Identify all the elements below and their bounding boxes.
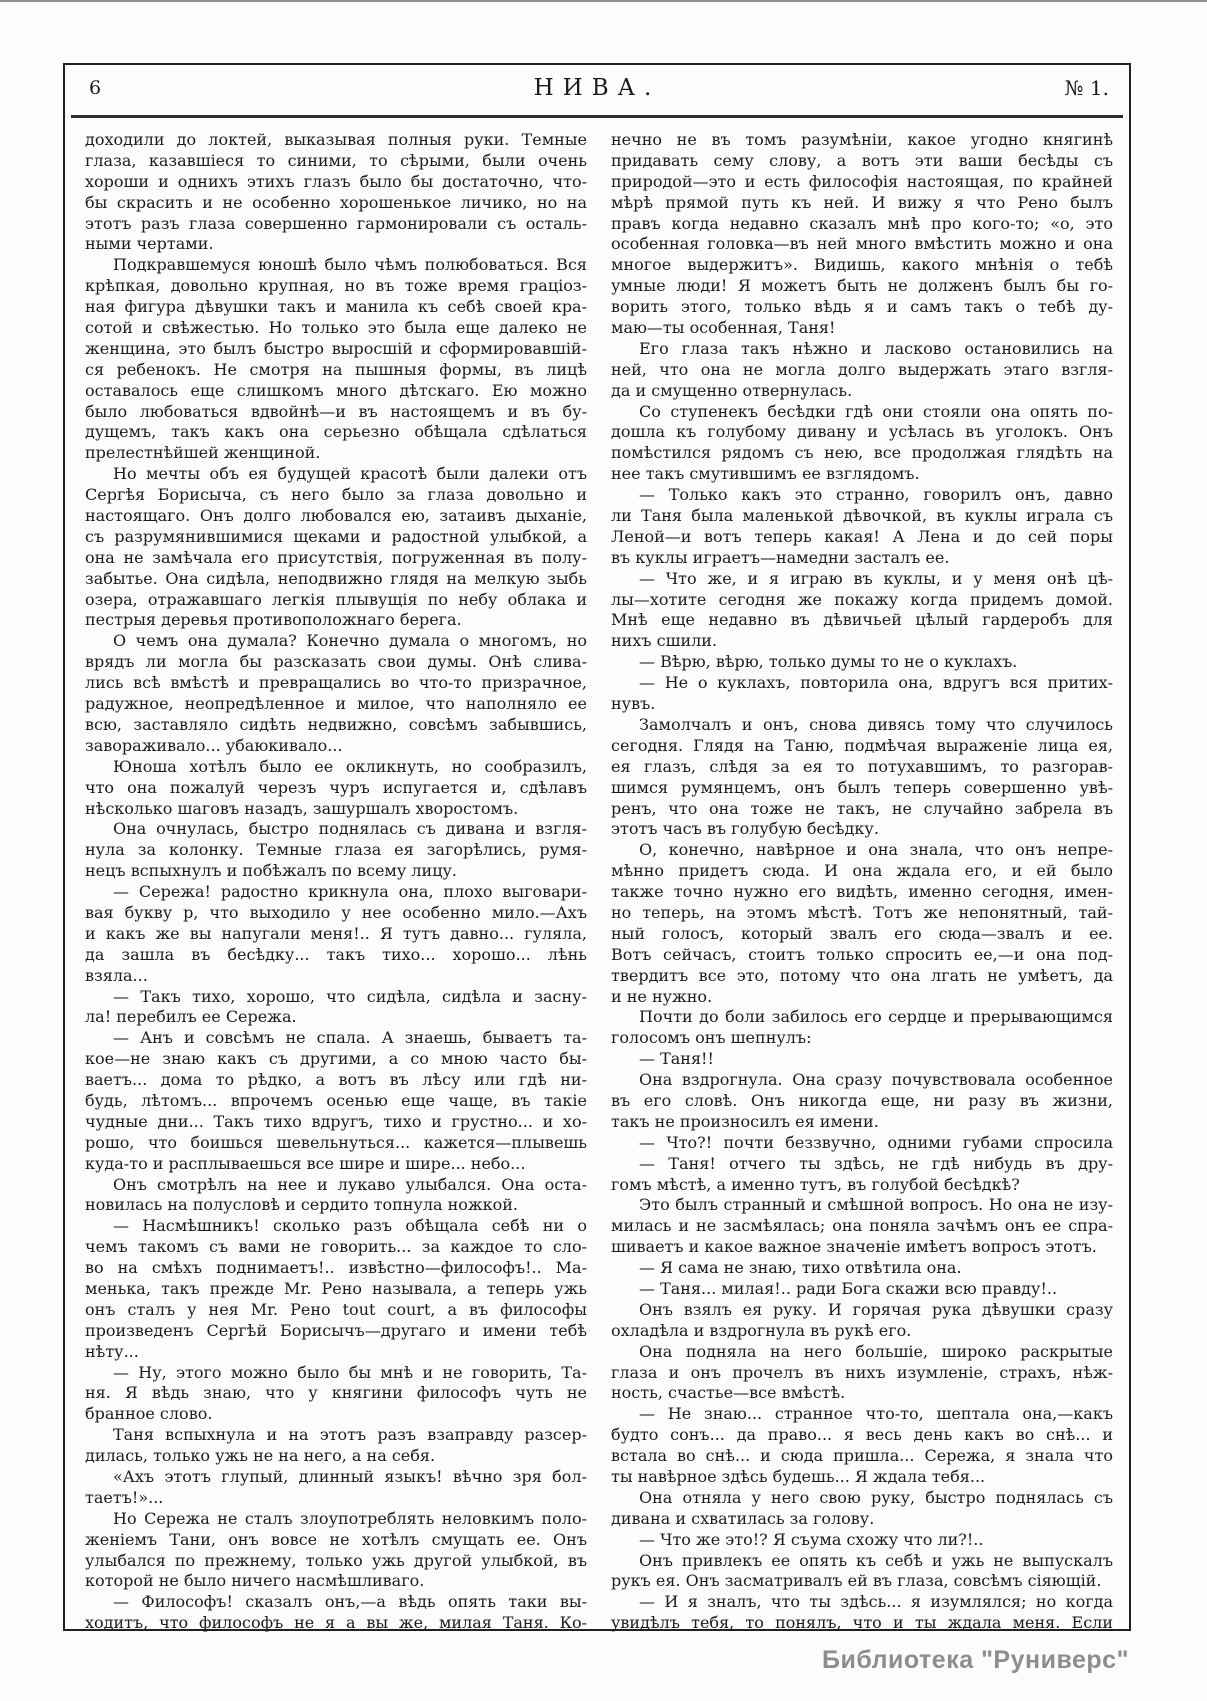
text-line: придавать сему слову, а вотъ эти ваши бе… [611, 151, 1113, 172]
text-line: съ разрумянившимися щеками и радостной у… [85, 527, 587, 548]
text-line: — Только какъ это странно, говорилъ онъ,… [611, 485, 1113, 506]
text-line: менька, такъ прежде Mr. Рено называла, а… [85, 1279, 587, 1300]
text-line: нѣту... [85, 1342, 587, 1363]
text-line: сегодня. Глядя на Таню, подмѣчая выражен… [611, 736, 1113, 757]
text-line: правъ когда недавно сказалъ мнѣ про кого… [611, 214, 1113, 235]
scan-top-edge [0, 0, 1207, 2]
text-line: онъ сталъ у нея Mr. Рено tout court, а в… [85, 1300, 587, 1321]
text-line: маю—ты особенная, Таня! [611, 318, 1113, 339]
text-line: чемъ такомъ съ вами не говорить... за ка… [85, 1237, 587, 1258]
text-line: нувъ. [611, 694, 1113, 715]
text-line: въ его словѣ. Онъ никогда еще, ни разу в… [611, 1091, 1113, 1112]
text-line: — Не знаю... странное что-то, шептала он… [611, 1404, 1113, 1425]
text-line: нихъ сшили. [611, 631, 1113, 652]
text-line: нечно не въ томъ разумѣніи, какое угодно… [611, 130, 1113, 151]
text-line: нее такъ смутившимъ ее взглядомъ. [611, 464, 1113, 485]
text-line: О, конечно, навѣрное и она знала, что он… [611, 840, 1113, 861]
scanned-magazine-page: 6 НИВА. № 1. доходили до локтей, выказыв… [0, 0, 1207, 1701]
text-line: ными чертами. [85, 234, 587, 255]
text-line: будь, лѣтомъ... впрочемъ осенью еще чаще… [85, 1091, 587, 1112]
text-line: — И я зналъ, что ты здѣсь... я изумлялся… [611, 1592, 1113, 1613]
text-line: этотъ часъ въ голубую бесѣдку. [611, 819, 1113, 840]
text-line: Она вздрогнула. Она сразу почувствовала … [611, 1070, 1113, 1091]
text-line: ла! перебилъ ее Сережа. [85, 1007, 587, 1028]
text-line: умные люди! Я можетъ быть не долженъ был… [611, 276, 1113, 297]
text-line: нецъ вспыхнулъ и побѣжалъ по всему лицу. [85, 861, 587, 882]
text-line: дивана и схватилась за голову. [611, 1509, 1113, 1530]
text-line: милась и не засмѣялась; она поняла зачѣм… [611, 1216, 1113, 1237]
text-line: врядъ ли могла бы разсказать свои думы. … [85, 652, 587, 673]
text-line: въ куклы играетъ—намедни засталъ ее. [611, 548, 1113, 569]
text-line: шиваетъ и какое важное значеніе имѣетъ в… [611, 1237, 1113, 1258]
text-line: радужное, неопредѣленное и милое, что на… [85, 694, 587, 715]
text-line: куда-то и расплываешься все шире и шире.… [85, 1154, 587, 1175]
text-line: природой—это и есть философія настоящая,… [611, 172, 1113, 193]
text-line: многое выдержитъ». Видишь, какого мнѣнія… [611, 255, 1113, 276]
text-line: оставалось еще слишкомъ много дѣтскаго. … [85, 381, 587, 402]
text-line: было любоваться вдвойнѣ—и въ настоящемъ … [85, 402, 587, 423]
text-line: особенная головка—въ ней много вмѣстить … [611, 234, 1113, 255]
text-line: Вотъ сейчасъ, стоитъ только спросить ее,… [611, 945, 1113, 966]
text-line: бранное слово. [85, 1404, 587, 1425]
text-line: хороши и однихъ этихъ глазъ было бы дост… [85, 172, 587, 193]
page-frame: 6 НИВА. № 1. доходили до локтей, выказыв… [63, 63, 1131, 1631]
text-line: дилась, только ужь не на него, а на себя… [85, 1446, 587, 1467]
text-line: да зашла въ бесѣдку... такъ тихо... хоро… [85, 945, 587, 966]
text-line: этотъ разъ глаза совершенно гармонировал… [85, 214, 587, 235]
text-line: глаза и онъ прочелъ въ нихъ изумленіе, с… [611, 1363, 1113, 1384]
text-line: Онъ привлекъ ее опять къ себѣ и ужь не в… [611, 1551, 1113, 1572]
text-line: кое—не знаю какъ съ другими, а со мною ч… [85, 1049, 587, 1070]
left-column: доходили до локтей, выказывая полныя рук… [85, 130, 587, 1634]
text-line: ня. Я вѣдь знаю, что у княгини философъ … [85, 1383, 587, 1404]
issue-number: № 1. [1065, 76, 1109, 100]
text-line: дущемъ, такъ какъ она серьезно обѣщала с… [85, 422, 587, 443]
text-line: Она отняла у него свою руку, быстро подн… [611, 1488, 1113, 1509]
text-line: — Философъ! сказалъ онъ,—а вѣдь опять та… [85, 1592, 587, 1613]
text-line: таетъ!»... [85, 1488, 587, 1509]
text-line: взяла... [85, 966, 587, 987]
text-line: и какъ же вы напугали меня!.. Я тутъ дав… [85, 924, 587, 945]
text-line: Леной—и вотъ теперь какая! А Лена и до с… [611, 527, 1113, 548]
page-header: 6 НИВА. № 1. [65, 65, 1129, 115]
text-line: — Такъ тихо, хорошо, что сидѣла, сидѣла … [85, 987, 587, 1008]
text-line: ся ребенокъ. Не смотря на пышныя формы, … [85, 360, 587, 381]
text-line: Онъ взялъ ея руку. И горячая рука дѣвушк… [611, 1300, 1113, 1321]
text-line: шимся румянцемъ, онъ былъ теперь соверше… [611, 778, 1113, 799]
text-line: «Ахъ этотъ глупый, длинный языкъ! вѣчно … [85, 1467, 587, 1488]
text-line: — Ну, этого можно было бы мнѣ и не говор… [85, 1363, 587, 1384]
text-line: сотой и свѣжестью. Но только это была ещ… [85, 318, 587, 339]
text-line: Мнѣ еще недавно въ дѣвичьей цѣлый гардер… [611, 610, 1113, 631]
text-line: крѣпкая, довольно крупная, но въ тоже вр… [85, 276, 587, 297]
text-line: — Анъ и совсѣмъ не спала. А знаешь, быва… [85, 1028, 587, 1049]
text-line: нула за колонку. Темные глаза ея загорѣл… [85, 840, 587, 861]
text-line: Она подняла на него большіе, широко раск… [611, 1342, 1113, 1363]
text-line: — Сережа! радостно крикнула она, плохо в… [85, 882, 587, 903]
text-line: мѣнно придетъ сюда. И она ждала его, и е… [611, 861, 1113, 882]
text-line: Почти до боли забилось его сердце и прер… [611, 1007, 1113, 1028]
text-line: Замолчалъ и онъ, снова дивясь тому что с… [611, 715, 1113, 736]
text-line: охладѣла и вздрогнула въ рукѣ его. [611, 1321, 1113, 1342]
text-line: — Что?! почти беззвучно, одними губами с… [611, 1133, 1113, 1154]
text-line: будто сонъ... да право... я весь день ка… [611, 1425, 1113, 1446]
text-line: ходитъ, что философъ не я а вы же, милая… [85, 1613, 587, 1634]
text-line: она не замѣчала его присутствія, погруже… [85, 548, 587, 569]
text-line: дошла къ голубому дивану и усѣлась въ уг… [611, 422, 1113, 443]
text-line: женіемъ Тани, онъ вовсе не хотѣлъ смущат… [85, 1530, 587, 1551]
text-line: всю, заставляло сидѣть недвижно, совсѣмъ… [85, 715, 587, 736]
text-line: Подкравшемуся юношѣ было чѣмъ полюбовать… [85, 255, 587, 276]
text-line: лись всѣ вмѣстѣ и превращались во что-то… [85, 673, 587, 694]
text-line: ваетъ... дома то рѣдко, а вотъ въ лѣсу и… [85, 1070, 587, 1091]
text-line: которой не было ничего насмѣшливаго. [85, 1571, 587, 1592]
text-line: голосомъ онъ шепнулъ: [611, 1028, 1113, 1049]
text-line: такъ не произносилъ ея имени. [611, 1112, 1113, 1133]
text-line: чудные дни... Такъ тихо вдругъ, тихо и г… [85, 1112, 587, 1133]
text-line: ней, что она не могла долго выдержать эт… [611, 360, 1113, 381]
text-line: — Вѣрю, вѣрю, только думы то не о куклах… [611, 652, 1113, 673]
text-line: лы—хотите сегодня же покажу когда придем… [611, 590, 1113, 611]
text-line: новилась на полусловѣ и сердито топнула … [85, 1195, 587, 1216]
text-line: — Не о куклахъ, повторила она, вдругъ вс… [611, 673, 1113, 694]
text-line: рошо, что боишься шевельнуться... кажетс… [85, 1133, 587, 1154]
text-line: Его глаза такъ нѣжно и ласково остановил… [611, 339, 1113, 360]
text-line: ный голосъ, который звалъ его сюда—звалъ… [611, 924, 1113, 945]
text-line: мѣрѣ прямой путь къ ней. И вижу я что Ре… [611, 193, 1113, 214]
text-line: ренъ, что она тоже не такъ, не случайно … [611, 799, 1113, 820]
text-line: — Таня! отчего ты здѣсь, не гдѣ нибудь в… [611, 1154, 1113, 1175]
text-line: — Таня... милая!.. ради Бога скажи всю п… [611, 1279, 1113, 1300]
text-line: озера, отражавшаго легкія плывущія по не… [85, 590, 587, 611]
text-line: — Я сама не знаю, тихо отвѣтила она. [611, 1258, 1113, 1279]
text-line: доходили до локтей, выказывая полныя рук… [85, 130, 587, 151]
text-line: но теперь, на этомъ мѣстѣ. Тотъ же непон… [611, 903, 1113, 924]
text-line: прелестнѣйшей женщиной. [85, 443, 587, 464]
text-line: что она пожалуй черезъ чуръ испугается и… [85, 778, 587, 799]
article-body: доходили до локтей, выказывая полныя рук… [65, 118, 1129, 1634]
text-line: произведенъ Сергѣй Борисычъ—другаго и им… [85, 1321, 587, 1342]
page-title: НИВА. [65, 75, 1129, 101]
text-line: и не нужно. [611, 987, 1113, 1008]
text-line: ли Таня была маленькой дѣвочкой, въ кукл… [611, 506, 1113, 527]
text-line: Юноша хотѣлъ было ее окликнуть, но сообр… [85, 757, 587, 778]
text-line: ты навѣрное здѣсь будешь... Я ждала тебя… [611, 1467, 1113, 1488]
text-line: Но мечты объ ея будущей красотѣ были дал… [85, 464, 587, 485]
text-line: Онъ смотрѣлъ на нее и лукаво улыбался. О… [85, 1175, 587, 1196]
text-line: женщина, это былъ быстро выросшій и сфор… [85, 339, 587, 360]
text-line: встала во снѣ... и сюда пришла... Сережа… [611, 1446, 1113, 1467]
text-line: улыбался по прежнему, только ужь другой … [85, 1551, 587, 1572]
text-line: Таня вспыхнула и на этотъ разъ взаправду… [85, 1425, 587, 1446]
text-line: — Насмѣшникъ! сколько разъ обѣщала себѣ … [85, 1216, 587, 1237]
text-line: О чемъ она думала? Конечно думала о мног… [85, 631, 587, 652]
text-line: завораживало... убаюкивало... [85, 736, 587, 757]
text-line: нѣсколько шаговъ назадъ, зашуршалъ хворо… [85, 799, 587, 820]
text-line: увидѣлъ тебя, то понялъ, что и ты ждала … [611, 1613, 1113, 1634]
text-line: ея глазъ, слѣдя за ея то потухавшимъ, то… [611, 757, 1113, 778]
text-line: да и смущенно отвернулась. [611, 381, 1113, 402]
text-line: Со ступенекъ бесѣдки гдѣ они стояли она … [611, 402, 1113, 423]
text-line: твердитъ все это, потому что она лгать н… [611, 966, 1113, 987]
text-line: ность, счастье—все вмѣстѣ. [611, 1383, 1113, 1404]
text-line: Сергѣя Борисыча, съ него было за глаза д… [85, 485, 587, 506]
text-line: бы скрасить и не особенно хорошенькое ли… [85, 193, 587, 214]
text-line: Это былъ странный и смѣшной вопросъ. Но … [611, 1195, 1113, 1216]
text-line: ная фигура дѣвушки такъ и манила къ себѣ… [85, 297, 587, 318]
text-line: Но Сережа не сталъ злоупотреблять неловк… [85, 1509, 587, 1530]
text-line: помѣстился рядомъ съ нею, все продолжая … [611, 443, 1113, 464]
text-line: забытье. Она сидѣла, неподвижно глядя на… [85, 569, 587, 590]
text-line: — Таня!! [611, 1049, 1113, 1070]
text-line: пестрыя деревья противоположнаго берега. [85, 610, 587, 631]
text-line: рукъ ея. Онъ засматривалъ ей въ глаза, с… [611, 1571, 1113, 1592]
text-line: гомъ мѣстѣ, а именно тутъ, въ голубой бе… [611, 1175, 1113, 1196]
text-line: также точно нужно его видѣть, именно сег… [611, 882, 1113, 903]
text-line: вая букву р, что выходило у нее особенно… [85, 903, 587, 924]
text-line: Она очнулась, быстро поднялась съ дивана… [85, 819, 587, 840]
text-line: — Что же, и я играю въ куклы, и у меня о… [611, 569, 1113, 590]
right-column: нечно не въ томъ разумѣніи, какое угодно… [611, 130, 1113, 1634]
text-line: настоящаго. Онъ долго любовался ею, зата… [85, 506, 587, 527]
library-watermark: Библиотека "Руниверс" [822, 1646, 1129, 1675]
text-line: глаза, казавшіеся то синими, то сѣрыми, … [85, 151, 587, 172]
text-line: во на смѣхъ поднимаетъ!.. извѣстно—филос… [85, 1258, 587, 1279]
text-line: ворить этого, только вѣдь я и самъ такъ … [611, 297, 1113, 318]
text-line: — Что же это!? Я съума схожу что ли?!.. [611, 1530, 1113, 1551]
